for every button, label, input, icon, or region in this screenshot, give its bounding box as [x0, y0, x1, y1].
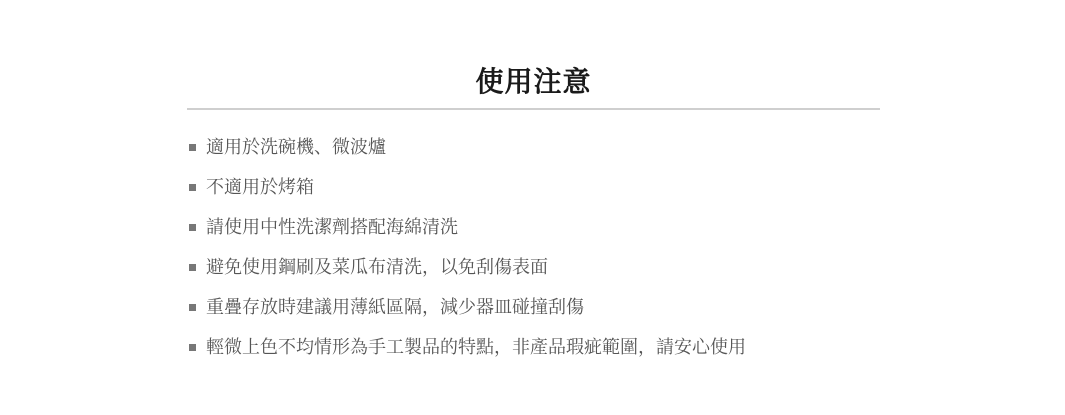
square-bullet-icon: [189, 264, 196, 271]
list-item-text: 不適用於烤箱: [206, 177, 314, 198]
section-title: 使用注意: [187, 62, 880, 102]
list-item-text: 請使用中性洗潔劑搭配海綿清洗: [206, 217, 458, 238]
list-item-text: 適用於洗碗機、微波爐: [206, 137, 386, 158]
list-item: 避免使用鋼刷及菜瓜布清洗，以免刮傷表面: [187, 248, 746, 288]
list-item-text: 重疊存放時建議用薄紙區隔，減少器皿碰撞刮傷: [206, 297, 584, 318]
list-item: 適用於洗碗機、微波爐: [187, 128, 746, 168]
square-bullet-icon: [189, 144, 196, 151]
title-divider: [187, 108, 880, 110]
list-item-text: 避免使用鋼刷及菜瓜布清洗，以免刮傷表面: [206, 257, 548, 278]
list-item-text: 輕微上色不均情形為手工製品的特點，非產品瑕疵範圍，請安心使用: [206, 337, 746, 358]
square-bullet-icon: [189, 304, 196, 311]
square-bullet-icon: [189, 184, 196, 191]
square-bullet-icon: [189, 344, 196, 351]
usage-notes-list: 適用於洗碗機、微波爐 不適用於烤箱 請使用中性洗潔劑搭配海綿清洗 避免使用鋼刷及…: [187, 128, 746, 368]
list-item: 輕微上色不均情形為手工製品的特點，非產品瑕疵範圍，請安心使用: [187, 328, 746, 368]
list-item: 請使用中性洗潔劑搭配海綿清洗: [187, 208, 746, 248]
square-bullet-icon: [189, 224, 196, 231]
list-item: 重疊存放時建議用薄紙區隔，減少器皿碰撞刮傷: [187, 288, 746, 328]
list-item: 不適用於烤箱: [187, 168, 746, 208]
